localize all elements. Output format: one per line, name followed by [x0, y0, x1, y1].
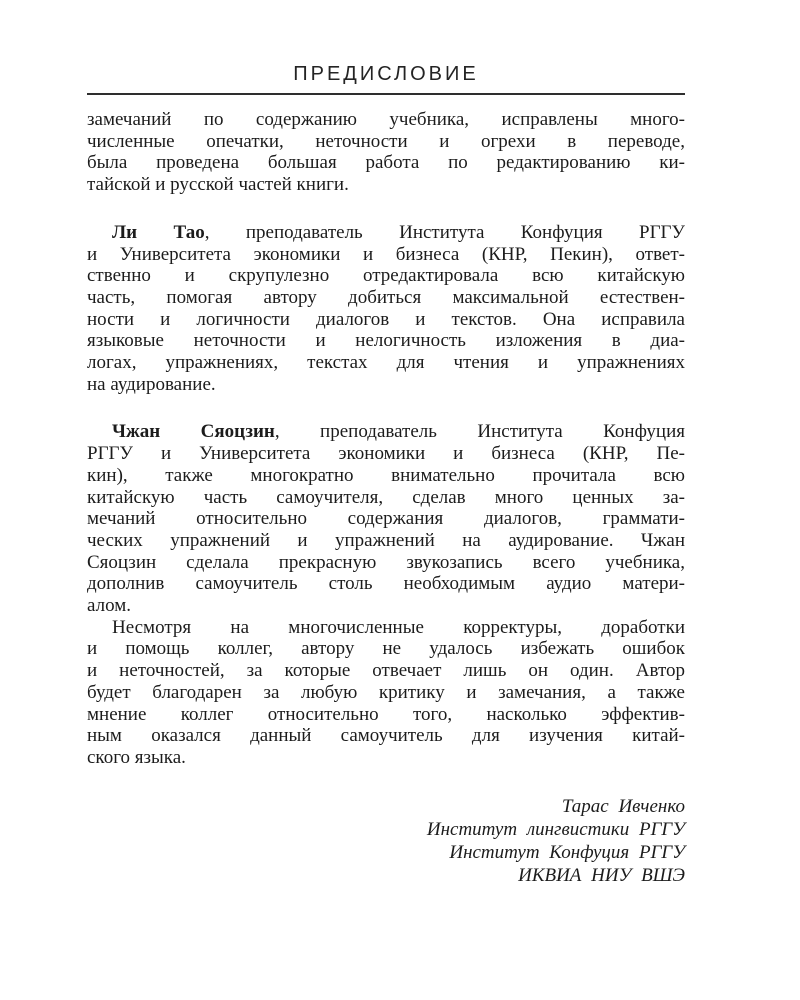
paragraph-lines: Несмотря на многочисленные корректуры, д… [87, 617, 685, 769]
text-line: РГГУ и Университета экономики и бизнеса … [87, 443, 685, 465]
text-line: и Университета экономики и бизнеса (КНР,… [87, 244, 685, 266]
text-line: дополнив самоучитель столь необходимым а… [87, 573, 685, 595]
text-line: логах, упражнениях, текстах для чтения и… [87, 352, 685, 374]
text-line: языковые неточности и нелогичность излож… [87, 330, 685, 352]
text-line: Сяоцзин сделала прекрасную звукозапись в… [87, 552, 685, 574]
paragraph-continuation: замечаний по содержанию учебника, исправ… [87, 109, 685, 196]
paragraph-lead-line: Чжан Сяоцзин, преподаватель Института Ко… [87, 421, 685, 443]
text-line: кин), также многократно внимательно проч… [87, 465, 685, 487]
text-line: ным оказался данный самоучитель для изуч… [87, 725, 685, 747]
lead-line-text: , преподаватель Института Конфуция РГГУ [205, 222, 685, 243]
text-line: численные опечатки, неточности и огрехи … [87, 131, 685, 153]
paragraph-lead-line: Ли Тао, преподаватель Института Конфуция… [87, 222, 685, 244]
text-line: ности и логичности диалогов и текстов. О… [87, 309, 685, 331]
text-line: была проведена большая работа по редакти… [87, 152, 685, 174]
paragraph-lines: РГГУ и Университета экономики и бизнеса … [87, 443, 685, 617]
editor-name: Чжан Сяоцзин [112, 421, 275, 442]
paragraph-acknowledgement: Несмотря на многочисленные корректуры, д… [87, 617, 685, 769]
lead-line-text: , преподаватель Института Конфуция [275, 421, 685, 442]
text-line: ского языка. [87, 747, 685, 769]
text-line: мнение коллег относительно того, насколь… [87, 704, 685, 726]
paragraph-lines: замечаний по содержанию учебника, исправ… [87, 109, 685, 196]
signature-line: Институт лингвистики РГГУ [87, 818, 685, 841]
editor-name: Ли Тао [112, 222, 205, 243]
text-line: и помощь коллег, автору не удалось избеж… [87, 638, 685, 660]
text-line: замечаний по содержанию учебника, исправ… [87, 109, 685, 131]
signature-line: ИКВИА НИУ ВШЭ [87, 864, 685, 887]
text-line: Несмотря на многочисленные корректуры, д… [87, 617, 685, 639]
text-line: тайской и русской частей книги. [87, 174, 685, 196]
text-line: ческих упражнений и упражнений на аудиро… [87, 530, 685, 552]
text-line: и неточностей, за которые отвечает лишь … [87, 660, 685, 682]
header-divider [87, 93, 685, 95]
paragraph-li-tao: Ли Тао, преподаватель Института Конфуция… [87, 222, 685, 396]
text-line: ственно и скрупулезно отредактировала вс… [87, 265, 685, 287]
text-line: часть, помогая автору добиться максималь… [87, 287, 685, 309]
signature-line: Институт Конфуция РГГУ [87, 841, 685, 864]
signature-line: Тарас Ивченко [87, 795, 685, 818]
page-content: ПРЕДИСЛОВИЕ замечаний по содержанию учеб… [87, 62, 685, 888]
book-page: ПРЕДИСЛОВИЕ замечаний по содержанию учеб… [0, 0, 800, 1000]
paragraph-zhang-xiaojing: Чжан Сяоцзин, преподаватель Института Ко… [87, 421, 685, 616]
paragraph-lines: и Университета экономики и бизнеса (КНР,… [87, 244, 685, 396]
page-title: ПРЕДИСЛОВИЕ [87, 62, 685, 86]
text-line: китайскую часть самоучителя, сделав мног… [87, 487, 685, 509]
text-line: алом. [87, 595, 685, 617]
author-signature: Тарас ИвченкоИнститут лингвистики РГГУИн… [87, 795, 685, 888]
text-line: на аудирование. [87, 374, 685, 396]
body-text: замечаний по содержанию учебника, исправ… [87, 109, 685, 769]
text-line: мечаний относительно содержания диалогов… [87, 508, 685, 530]
text-line: будет благодарен за любую критику и заме… [87, 682, 685, 704]
